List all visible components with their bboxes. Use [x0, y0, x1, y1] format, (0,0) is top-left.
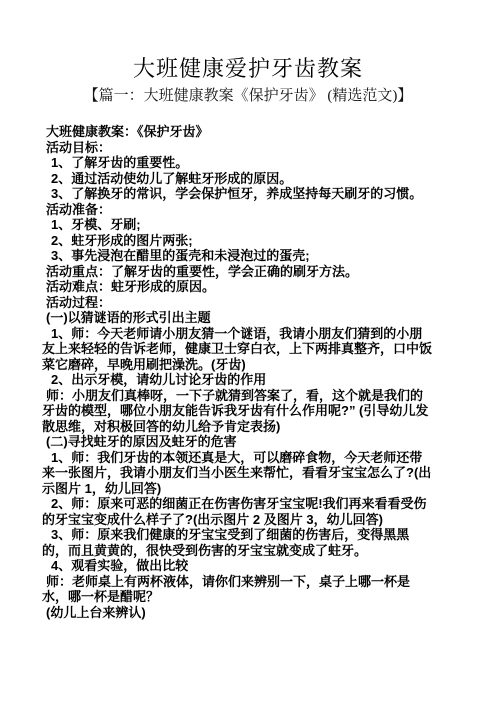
paragraph: 活动准备： — [42, 202, 432, 218]
paragraph: 3、事先浸泡在醋里的蛋壳和未浸泡过的蛋壳; — [42, 248, 432, 264]
paragraph: 活动难点：蛀牙形成的原因。 — [42, 279, 432, 295]
paragraph: (一)以猜谜语的形式引出主题 — [42, 310, 432, 326]
paragraph: 活动过程： — [42, 295, 432, 311]
doc-subtitle: 【篇一：大班健康教案《保护牙齿》 (精选范文)】 — [0, 86, 496, 106]
paragraph: 3、了解换牙的常识，学会保护恒牙，养成坚持每天刷牙的习惯。 — [42, 186, 432, 202]
paragraph: 1、师：今天老师请小朋友猜一个谜语，我请小朋友们猜到的小朋友上来轻轻的告诉老师，… — [42, 326, 432, 373]
paragraph: 活动目标： — [42, 140, 432, 156]
paragraph: (幼儿上台来辨认) — [42, 605, 432, 621]
paragraph: 1、了解牙齿的重要性。 — [42, 155, 432, 171]
paragraph: 师：老师桌上有两杯液体，请你们来辨别一下，桌子上哪一杯是水，哪一杯是醋呢？ — [42, 574, 432, 605]
paragraph: 活动重点：了解牙齿的重要性，学会正确的刷牙方法。 — [42, 264, 432, 280]
doc-body: 大班健康教案：《保护牙齿》活动目标：1、了解牙齿的重要性。2、通过活动使幼儿了解… — [42, 124, 432, 620]
doc-title: 大班健康爱护牙齿教案 — [0, 0, 496, 83]
paragraph: 大班健康教案：《保护牙齿》 — [42, 124, 432, 140]
paragraph: 2、出示牙模，请幼儿讨论牙齿的作用 — [42, 372, 432, 388]
paragraph: 师：小朋友们真棒呀，一下子就猜到答案了，看，这个就是我们的牙齿的模型，哪位小朋友… — [42, 388, 432, 435]
paragraph: (二)寻找蛀牙的原因及蛀牙的危害 — [42, 434, 432, 450]
paragraph: 2、通过活动使幼儿了解蛀牙形成的原因。 — [42, 171, 432, 187]
paragraph: 4、观看实验，做出比较 — [42, 558, 432, 574]
paragraph: 2、师：原来可恶的细菌正在伤害伤害牙宝宝呢!我们再来看看受伤的牙宝宝变成什么样子… — [42, 496, 432, 527]
paragraph: 2、蛀牙形成的图片两张; — [42, 233, 432, 249]
document-page: 大班健康爱护牙齿教案 【篇一：大班健康教案《保护牙齿》 (精选范文)】 大班健康… — [0, 0, 496, 702]
paragraph: 3、师：原来我们健康的牙宝宝受到了细菌的伤害后，变得黑黑的，而且黄黄的，很快受到… — [42, 527, 432, 558]
paragraph: 1、师：我们牙齿的本领还真是大，可以磨碎食物，今天老师还带来一张图片，我请小朋友… — [42, 450, 432, 497]
paragraph: 1、牙模、牙刷; — [42, 217, 432, 233]
